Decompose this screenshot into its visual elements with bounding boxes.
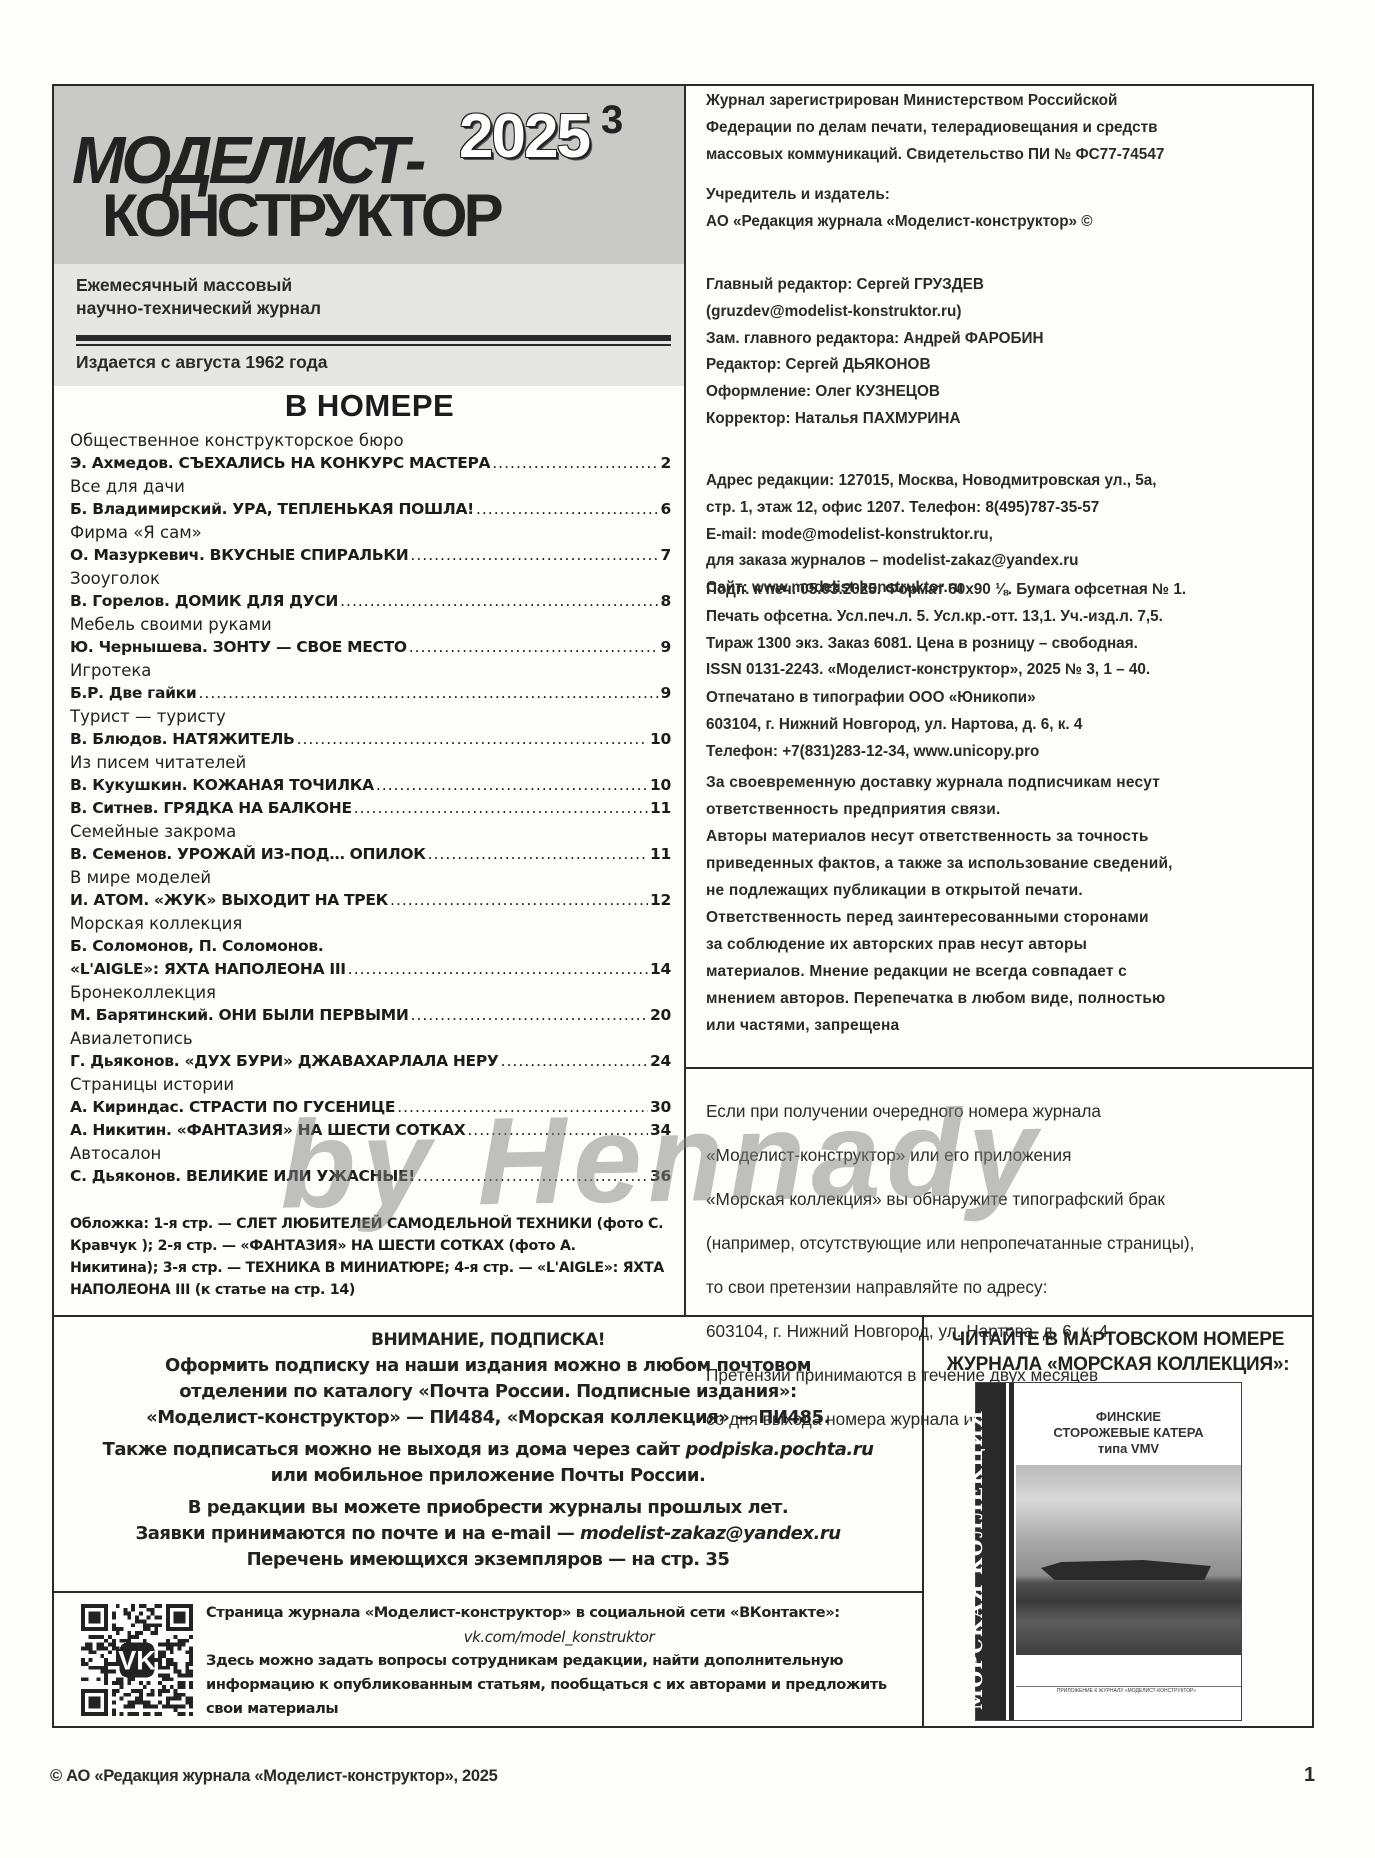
text-line: или частями, запрещена [706, 1012, 1302, 1039]
toc-entry-page: 11 [650, 843, 671, 866]
leader-dots [297, 728, 648, 751]
toc-title: В НОМЕРЕ [54, 388, 685, 424]
issue-year: 2025 [459, 106, 589, 168]
toc-entry-page: 9 [661, 636, 672, 659]
toc-entry[interactable]: Б. Владимирский. УРА, ТЕПЛЕНЬКАЯ ПОШЛА!6 [70, 498, 671, 521]
toc-entry-title: В. Кукушкин. КОЖАНАЯ ТОЧИЛКА [70, 774, 374, 797]
toc-rubric: Мебель своими руками [70, 613, 671, 636]
toc-entry-page: 30 [650, 1096, 671, 1119]
text-line: Оформление: Олег КУЗНЕЦОВ [706, 379, 1302, 406]
toc-entry-page: 24 [650, 1050, 671, 1073]
toc-entry[interactable]: Г. Дьяконов. «ДУХ БУРИ» ДЖАВАХАРЛАЛА НЕР… [70, 1050, 671, 1073]
toc-entry-title: А. Кириндас. СТРАСТИ ПО ГУСЕНИЦЕ [70, 1096, 395, 1119]
toc-entry[interactable]: С. Дьяконов. ВЕЛИКИЕ ИЛИ УЖАСНЫЕ!36 [70, 1165, 671, 1188]
toc-entry[interactable]: Э. Ахмедов. СЪЕХАЛИСЬ НА КОНКУРС МАСТЕРА… [70, 452, 671, 475]
text-line: не подлежащих публикации в открытой печа… [706, 877, 1302, 904]
leader-dots [410, 544, 658, 567]
leader-dots [354, 797, 648, 820]
copyright: © АО «Редакция журнала «Моделист-констру… [50, 1767, 498, 1786]
leader-dots [428, 843, 648, 866]
toc-entry[interactable]: М. Барятинский. ОНИ БЫЛИ ПЕРВЫМИ20 [70, 1004, 671, 1027]
founder-info: Учредитель и издатель:АО «Редакция журна… [706, 182, 1302, 236]
divider [1016, 1686, 1241, 1687]
text-line: Зам. главного редактора: Андрей ФАРОБИН [706, 326, 1302, 353]
vk-intro: Страница журнала «Моделист-конструктор» … [206, 1604, 840, 1621]
leader-dots [492, 452, 658, 475]
orders-line: Заявки принимаются по почте и на e-mail … [54, 1521, 922, 1547]
toc-rubric: В мире моделей [70, 866, 671, 889]
toc-entry-title: Ю. Чернышева. ЗОНТУ — СВОЕ МЕСТО [70, 636, 407, 659]
toc-entry-page: 2 [661, 452, 672, 475]
toc-entry-title: А. Никитин. «ФАНТАЗИЯ» НА ШЕСТИ СОТКАХ [70, 1119, 465, 1142]
subscription-line: «Моделист-конструктор» — ПИ484, «Морская… [54, 1405, 922, 1431]
leader-dots [467, 1119, 648, 1142]
toc-rubric: Семейные закрома [70, 820, 671, 843]
toc-rubric: Морская коллекция [70, 912, 671, 935]
promo-title-line: ЖУРНАЛА «МОРСКАЯ КОЛЛЕКЦИЯ»: [924, 1352, 1312, 1377]
text-line: (например, отсутствующие или непропечата… [706, 1230, 1304, 1257]
text-line: Ответственность перед заинтересованными … [706, 904, 1302, 931]
text-line: Телефон: +7(831)283-12-34, www.unicopy.p… [706, 739, 1302, 766]
published-since: Издается с августа 1962 года [76, 352, 328, 373]
divider [76, 344, 671, 346]
toc-entry-title: В. Семенов. УРОЖАЙ ИЗ-ПОД… ОПИЛОК [70, 843, 426, 866]
vk-panel: VK Страница журнала «Моделист-конструкто… [52, 1591, 924, 1728]
text-line: «Морская коллекция» вы обнаружите типогр… [706, 1186, 1304, 1213]
subscription-line: отделении по каталогу «Почта России. Под… [54, 1379, 922, 1405]
text-line: за соблюдение их авторских прав несут ав… [706, 931, 1302, 958]
text-line: Отпечатано в типографии ООО «Юникопи» [706, 685, 1302, 712]
promo-title-line: ЧИТАЙТЕ В МАРТОВСКОМ НОМЕРЕ [924, 1327, 1312, 1352]
text-line: 603104, г. Нижний Новгород, ул. Нартова,… [706, 712, 1302, 739]
subtitle-line: Ежемесячный массовый [76, 274, 321, 297]
text-line: Печать офсетна. Усл.печ.л. 5. Усл.кр.-от… [706, 604, 1302, 631]
text-line: Тираж 1300 экз. Заказ 6081. Цена в розни… [706, 631, 1302, 658]
toc-entry-title: В. Горелов. ДОМИК ДЛЯ ДУСИ [70, 590, 338, 613]
table-of-contents: Общественное конструкторское бюроЭ. Ахме… [70, 429, 671, 1188]
subscription-line: или мобильное приложение Почты России. [54, 1463, 922, 1489]
toc-entry-page: 12 [650, 889, 671, 912]
text-line: мнением авторов. Перепечатка в любом вид… [706, 985, 1302, 1012]
vk-qr-code-icon[interactable]: VK [81, 1604, 193, 1716]
toc-entry-title: О. Мазуркевич. ВКУСНЫЕ СПИРАЛЬКИ [70, 544, 408, 567]
logo-line-2: КОНСТРУКТОР [102, 186, 500, 246]
toc-entry-page: 11 [650, 797, 671, 820]
printer-info: Отпечатано в типографии ООО «Юникопи»603… [706, 685, 1302, 765]
toc-entry-title: Б. Владимирский. УРА, ТЕПЛЕНЬКАЯ ПОШЛА! [70, 498, 474, 521]
toc-rubric: Турист — туристу [70, 705, 671, 728]
toc-entry[interactable]: И. АТОМ. «ЖУК» ВЫХОДИТ НА ТРЕК12 [70, 889, 671, 912]
toc-author-line: Б. Соломонов, П. Соломонов. [70, 935, 671, 958]
svg-text:VK: VK [118, 1646, 156, 1676]
disclaimer: За своевременную доставку журнала подпис… [706, 769, 1302, 1039]
leader-dots [198, 682, 658, 705]
toc-entry[interactable]: В. Блюдов. НАТЯЖИТЕЛЬ10 [70, 728, 671, 751]
toc-rubric: Авиалетопись [70, 1027, 671, 1050]
spine-title: МОРСКАЯ КОЛЛЕКЦИЯ [961, 1390, 991, 1710]
toc-entry-page: 20 [650, 1004, 671, 1027]
text-line: АО «Редакция журнала «Моделист-конструкт… [706, 209, 1302, 236]
vk-link[interactable]: vk.com/model_konstruktor [206, 1625, 912, 1649]
subscription-title: ВНИМАНИЕ, ПОДПИСКА! [54, 1327, 922, 1353]
leader-dots [417, 1165, 648, 1188]
subscription-line: Оформить подписку на наши издания можно … [54, 1353, 922, 1379]
podpiska-link[interactable]: podpiska.pochta.ru [686, 1439, 874, 1460]
toc-entry-title: В. Блюдов. НАТЯЖИТЕЛЬ [70, 728, 295, 751]
spine-stripe [1009, 1383, 1014, 1720]
cover-spine: МОРСКАЯ КОЛЛЕКЦИЯ [976, 1383, 1006, 1720]
text-line: Главный редактор: Сергей ГРУЗДЕВ [706, 272, 1302, 299]
text-line: (gruzdev@modelist-konstruktor.ru) [706, 299, 1302, 326]
text-line: Авторы материалов несут ответственность … [706, 823, 1302, 850]
toc-entry-title: М. Барятинский. ОНИ БЫЛИ ПЕРВЫМИ [70, 1004, 409, 1027]
claims-panel: Если при получении очередного номера жур… [684, 1067, 1314, 1317]
text-line: приведенных фактов, а также за использов… [706, 850, 1302, 877]
boat-photo [1016, 1465, 1241, 1655]
toc-rubric: Из писем читателей [70, 751, 671, 774]
text-line: то свои претензии направляйте по адресу: [706, 1274, 1304, 1301]
toc-entry-title: Э. Ахмедов. СЪЕХАЛИСЬ НА КОНКУРС МАСТЕРА [70, 452, 490, 475]
text-line: Федерации по делам печати, телерадиовеща… [706, 115, 1302, 142]
leader-dots [501, 1050, 648, 1073]
toc-entry-page: 10 [650, 774, 671, 797]
toc-entry-title: Б.Р. Две гайки [70, 682, 196, 705]
text-line: Адрес редакции: 127015, Москва, Новодмит… [706, 468, 1302, 495]
morskaya-kollektsiya-cover: МОРСКАЯ КОЛЛЕКЦИЯ ФИНСКИЕ СТОРОЖЕВЫЕ КАТ… [975, 1382, 1242, 1721]
leader-dots [409, 636, 659, 659]
toc-entry-title: И. АТОМ. «ЖУК» ВЫХОДИТ НА ТРЕК [70, 889, 388, 912]
online-subscription: Также подписаться можно не выходя из дом… [54, 1437, 922, 1463]
subscription-panel: ВНИМАНИЕ, ПОДПИСКА! Оформить подписку на… [52, 1315, 924, 1593]
promo-panel: ЧИТАЙТЕ В МАРТОВСКОМ НОМЕРЕ ЖУРНАЛА «МОР… [922, 1315, 1314, 1728]
toc-entry-title: В. Ситнев. ГРЯДКА НА БАЛКОНЕ [70, 797, 352, 820]
cover-footer: ПРИЛОЖЕНИЕ К ЖУРНАЛУ «МОДЕЛИСТ-КОНСТРУКТ… [1057, 1688, 1196, 1694]
toc-entry[interactable]: А. Кириндас. СТРАСТИ ПО ГУСЕНИЦЕ30 [70, 1096, 671, 1119]
leader-dots [348, 958, 648, 981]
toc-entry-page: 36 [650, 1165, 671, 1188]
leader-dots [390, 889, 648, 912]
toc-entry[interactable]: В. Семенов. УРОЖАЙ ИЗ-ПОД… ОПИЛОК11 [70, 843, 671, 866]
print-specs: Подп. к печ. 05.03.2025. Формат 60х90 ⅛.… [706, 577, 1302, 684]
toc-entry-title: С. Дьяконов. ВЕЛИКИЕ ИЛИ УЖАСНЫЕ! [70, 1165, 415, 1188]
text-line: Журнал зарегистрирован Министерством Рос… [706, 88, 1302, 115]
toc-entry-title: Г. Дьяконов. «ДУХ БУРИ» ДЖАВАХАРЛАЛА НЕР… [70, 1050, 499, 1073]
toc-entry[interactable]: В. Кукушкин. КОЖАНАЯ ТОЧИЛКА10 [70, 774, 671, 797]
editorial-staff: Главный редактор: Сергей ГРУЗДЕВ(gruzdev… [706, 272, 1302, 433]
toc-entry-page: 34 [650, 1119, 671, 1142]
leader-dots [397, 1096, 648, 1119]
list-note: Перечень имеющихся экземпляров — на стр.… [54, 1547, 922, 1573]
text-line: ответственность предприятия связи. [706, 796, 1302, 823]
back-issues-note: В редакции вы можете приобрести журналы … [54, 1495, 922, 1521]
left-column: МОДЕЛИСТ- КОНСТРУКТОР 2025 3 Ежемесячный… [52, 84, 685, 1317]
toc-entry[interactable]: «L'AIGLE»: ЯХТА НАПОЛЕОНА III14 [70, 958, 671, 981]
subtitle-line: научно-технический журнал [76, 297, 321, 320]
leader-dots [476, 498, 659, 521]
vk-description: Здесь можно задать вопросы сотрудникам р… [206, 1652, 887, 1717]
toc-entry-page: 10 [650, 728, 671, 751]
text-line: За своевременную доставку журнала подпис… [706, 769, 1302, 796]
text-line: Редактор: Сергей ДЬЯКОНОВ [706, 352, 1302, 379]
orders-email-link[interactable]: modelist-zakaz@yandex.ru [580, 1523, 841, 1544]
divider [76, 335, 671, 341]
boat-silhouette [1041, 1560, 1211, 1580]
leader-dots [376, 774, 648, 797]
text-line: Учредитель и издатель: [706, 182, 1302, 209]
toc-entry-page: 7 [661, 544, 672, 567]
registration-info: Журнал зарегистрирован Министерством Рос… [706, 88, 1302, 168]
text-line: ISSN 0131-2243. «Моделист-конструктор», … [706, 657, 1302, 684]
toc-rubric: Автосалон [70, 1142, 671, 1165]
toc-rubric: Общественное конструкторское бюро [70, 429, 671, 452]
toc-entry[interactable]: В. Ситнев. ГРЯДКА НА БАЛКОНЕ11 [70, 797, 671, 820]
text-line: массовых коммуникаций. Свидетельство ПИ … [706, 142, 1302, 169]
toc-entry-page: 8 [661, 590, 672, 613]
text-line: материалов. Мнение редакции не всегда со… [706, 958, 1302, 985]
toc-entry[interactable]: А. Никитин. «ФАНТАЗИЯ» НА ШЕСТИ СОТКАХ34 [70, 1119, 671, 1142]
text-line: для заказа журналов – modelist-zakaz@yan… [706, 548, 1302, 575]
toc-rubric: Все для дачи [70, 475, 671, 498]
toc-entry-page: 14 [650, 958, 671, 981]
toc-rubric: Зооуголок [70, 567, 671, 590]
magazine-subtitle: Ежемесячный массовый научно-технический … [76, 274, 321, 320]
toc-entry[interactable]: О. Мазуркевич. ВКУСНЫЕ СПИРАЛЬКИ7 [70, 544, 671, 567]
leader-dots [411, 1004, 648, 1027]
toc-rubric: Фирма «Я сам» [70, 521, 671, 544]
toc-entry-page: 9 [661, 682, 672, 705]
toc-entry[interactable]: В. Горелов. ДОМИК ДЛЯ ДУСИ8 [70, 590, 671, 613]
toc-rubric: Бронеколлекция [70, 981, 671, 1004]
imprint-panel: Журнал зарегистрирован Министерством Рос… [684, 84, 1314, 1069]
text-line: Подп. к печ. 05.03.2025. Формат 60х90 ⅛.… [706, 577, 1302, 604]
text-line: «Моделист-конструктор» или его приложени… [706, 1142, 1304, 1169]
toc-rubric: Страницы истории [70, 1073, 671, 1096]
text-line: Если при получении очередного номера жур… [706, 1098, 1304, 1125]
leader-dots [340, 590, 658, 613]
cover-headline: ФИНСКИЕ СТОРОЖЕВЫЕ КАТЕРА типа VMV [1016, 1383, 1241, 1465]
issue-number: 3 [601, 100, 623, 140]
toc-rubric: Игротека [70, 659, 671, 682]
toc-entry-title: «L'AIGLE»: ЯХТА НАПОЛЕОНА III [70, 958, 346, 981]
toc-entry-page: 6 [661, 498, 672, 521]
text-line: E-mail: mode@modelist-konstruktor.ru, [706, 522, 1302, 549]
text-line: стр. 1, этаж 12, офис 1207. Телефон: 8(4… [706, 495, 1302, 522]
toc-entry[interactable]: Ю. Чернышева. ЗОНТУ — СВОЕ МЕСТО9 [70, 636, 671, 659]
page-number: 1 [1304, 1764, 1315, 1787]
toc-entry[interactable]: Б.Р. Две гайки9 [70, 682, 671, 705]
cover-note: Обложка: 1-я стр. — СЛЕТ ЛЮБИТЕЛЕЙ САМОД… [70, 1213, 667, 1301]
text-line: Корректор: Наталья ПАХМУРИНА [706, 406, 1302, 433]
